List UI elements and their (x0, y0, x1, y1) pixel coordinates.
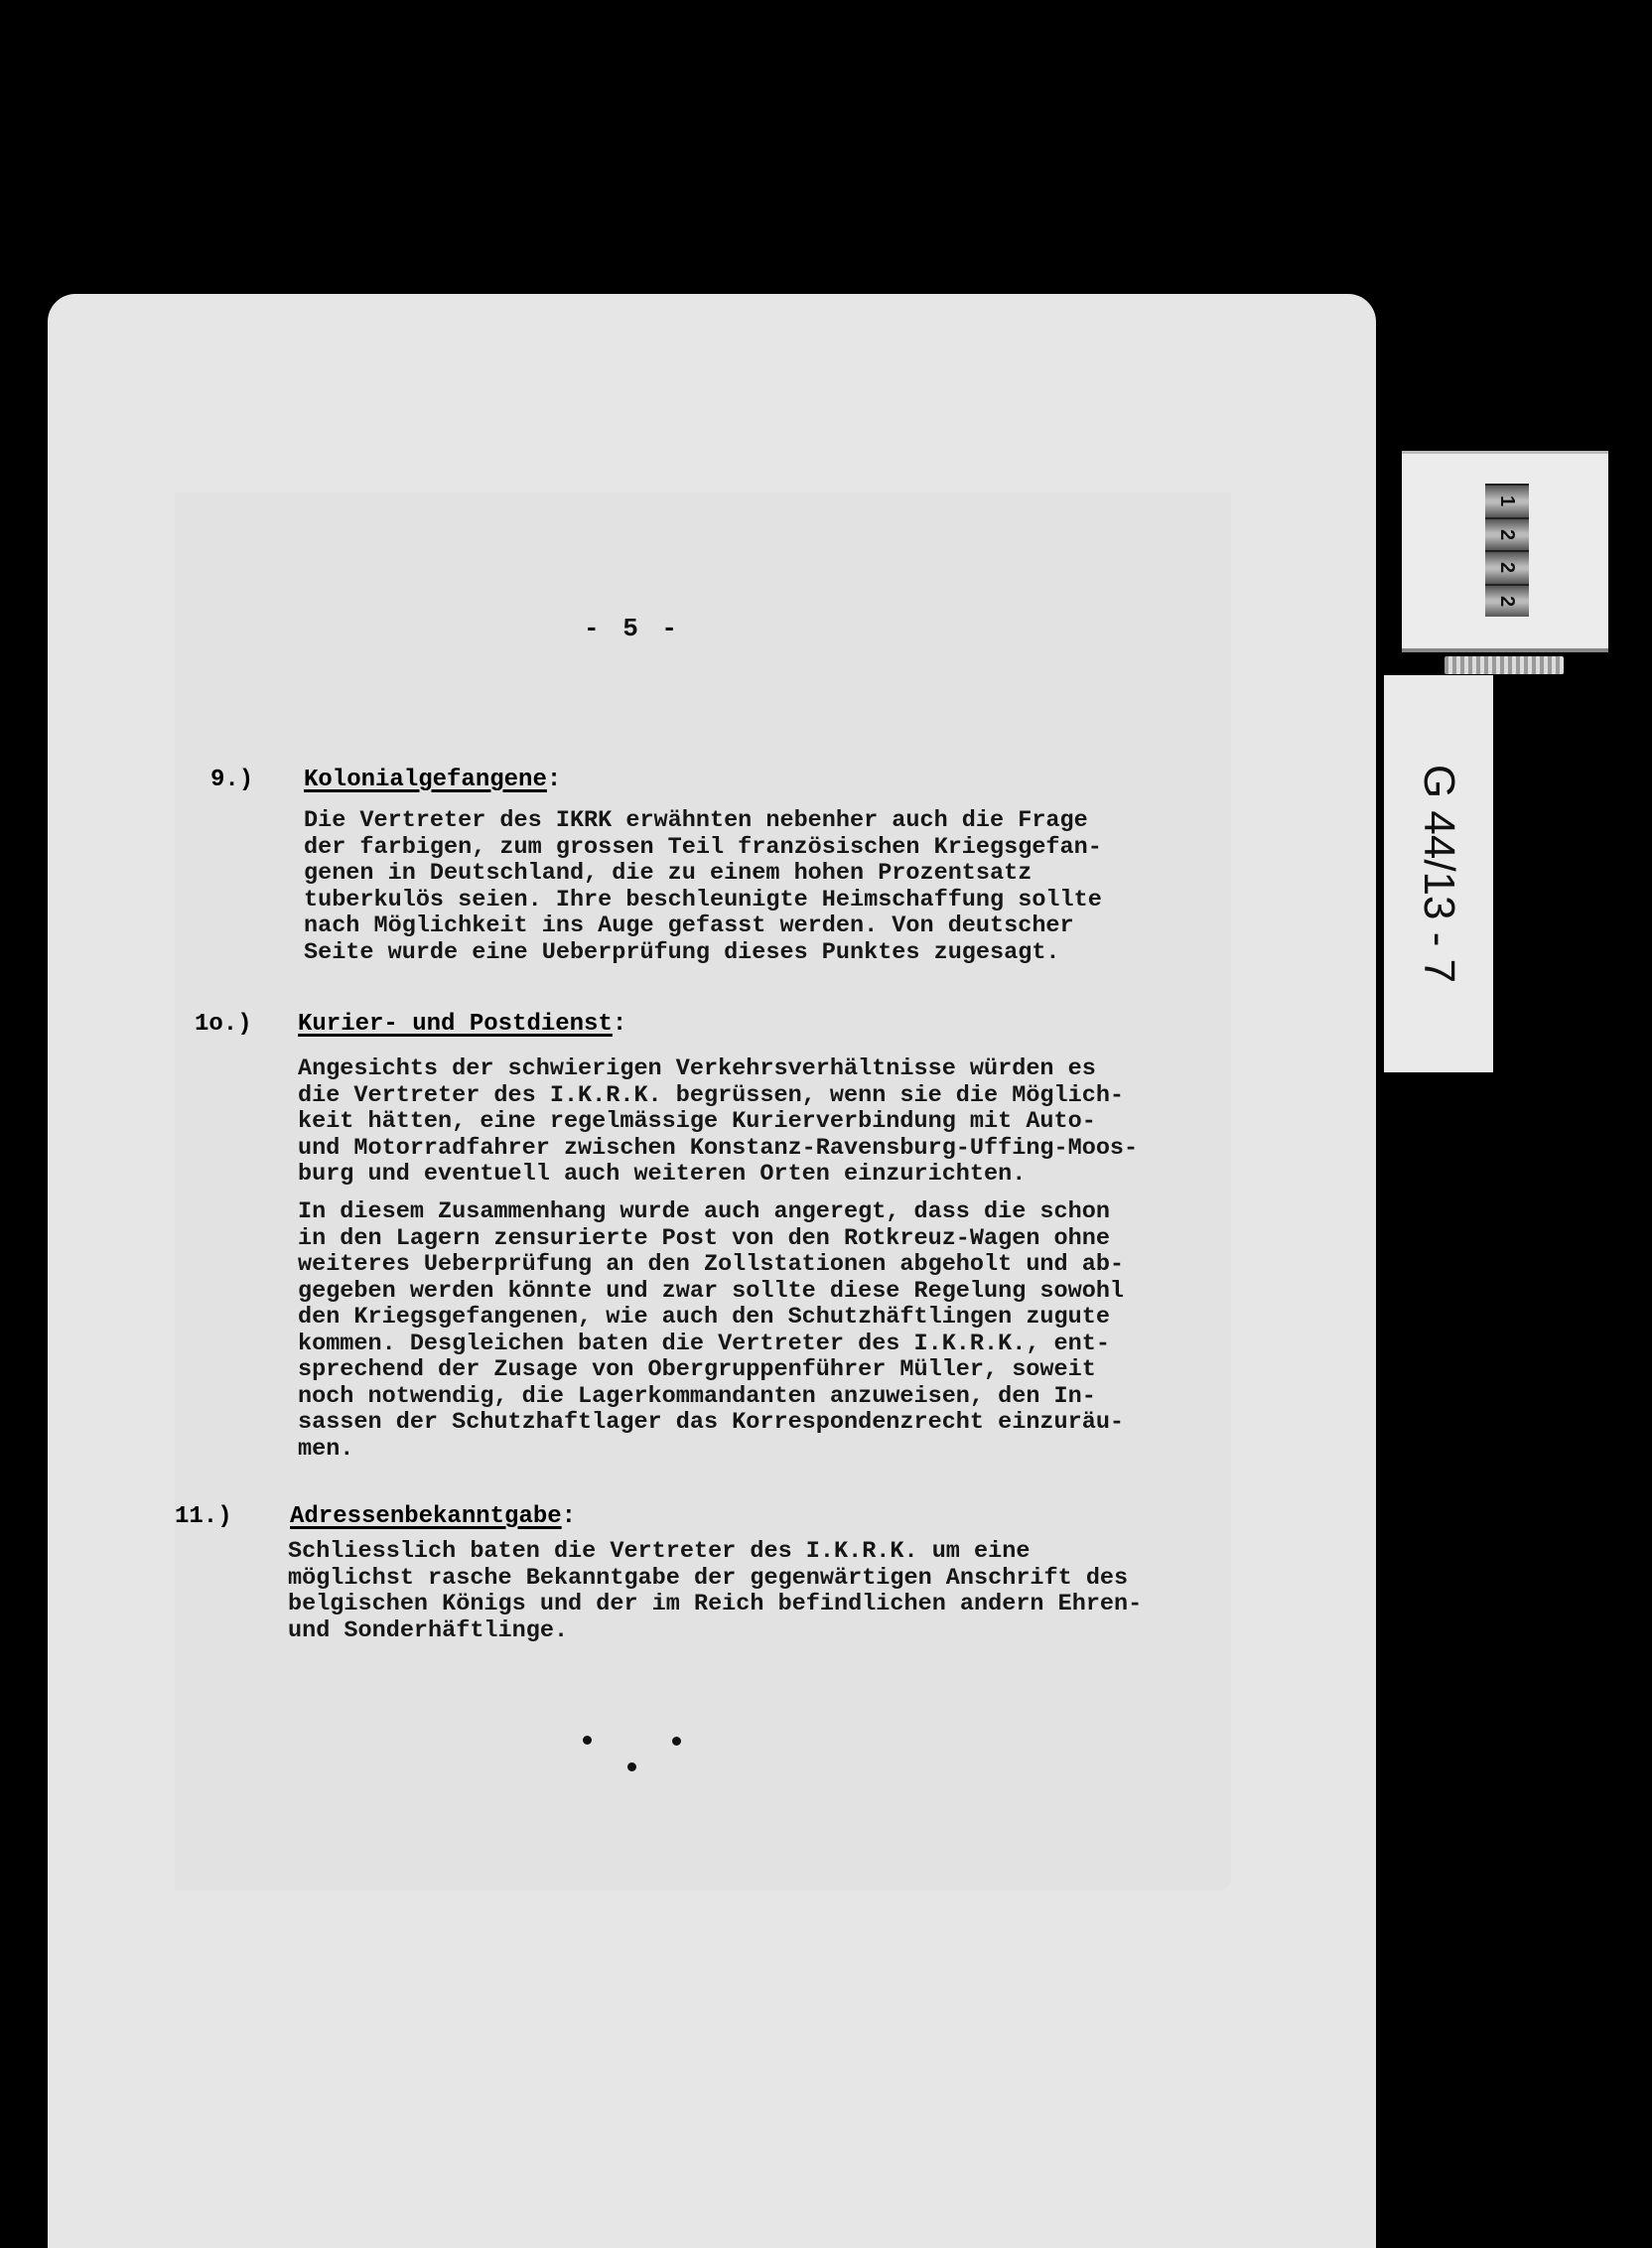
counter-digit-text: 1 (1496, 495, 1519, 506)
reel-label-text: G 44/13 - 7 (1414, 765, 1463, 983)
frame-counter-window: 1 2 2 2 (1485, 484, 1529, 617)
counter-digit: 2 (1485, 517, 1529, 551)
section-title: Adressenbekanntgabe: (290, 1503, 576, 1530)
frame-counter: 1 2 2 2 (1402, 451, 1608, 652)
counter-digit: 2 (1485, 584, 1529, 618)
reel-label: G 44/13 - 7 (1384, 675, 1493, 1072)
section-title-text: Kolonialgefangene (304, 767, 547, 793)
section-number: 11.) (175, 1503, 232, 1530)
counter-digit-text: 2 (1496, 596, 1519, 607)
section-paragraph: Angesichts der schwierigen Verkehrsverhä… (298, 1056, 1138, 1189)
counter-knob (1445, 656, 1564, 674)
counter-digit: 1 (1485, 484, 1529, 517)
section-paragraph: In diesem Zusammenhang wurde auch angere… (298, 1199, 1124, 1463)
counter-digit: 2 (1485, 550, 1529, 584)
section-title-text: Kurier- und Postdienst (298, 1011, 613, 1038)
end-mark-dot (583, 1736, 592, 1745)
end-mark-dot (672, 1737, 681, 1746)
counter-digit-text: 2 (1496, 529, 1519, 540)
title-colon: : (613, 1011, 626, 1038)
section-paragraph: Die Vertreter des IKRK erwähnten nebenhe… (304, 808, 1102, 966)
section-paragraph: Schliesslich baten die Vertreter des I.K… (288, 1539, 1142, 1644)
section-title: Kurier- und Postdienst: (298, 1011, 626, 1038)
document-page (175, 492, 1231, 1891)
end-mark-dot (627, 1762, 636, 1771)
page-number: - 5 - (584, 614, 681, 643)
section-title-text: Adressenbekanntgabe (290, 1503, 562, 1530)
title-colon: : (562, 1503, 576, 1530)
section-title: Kolonialgefangene: (304, 767, 561, 793)
counter-digit-text: 2 (1496, 562, 1519, 573)
title-colon: : (547, 767, 561, 793)
section-number: 1o.) (195, 1011, 252, 1038)
section-number: 9.) (210, 767, 253, 793)
